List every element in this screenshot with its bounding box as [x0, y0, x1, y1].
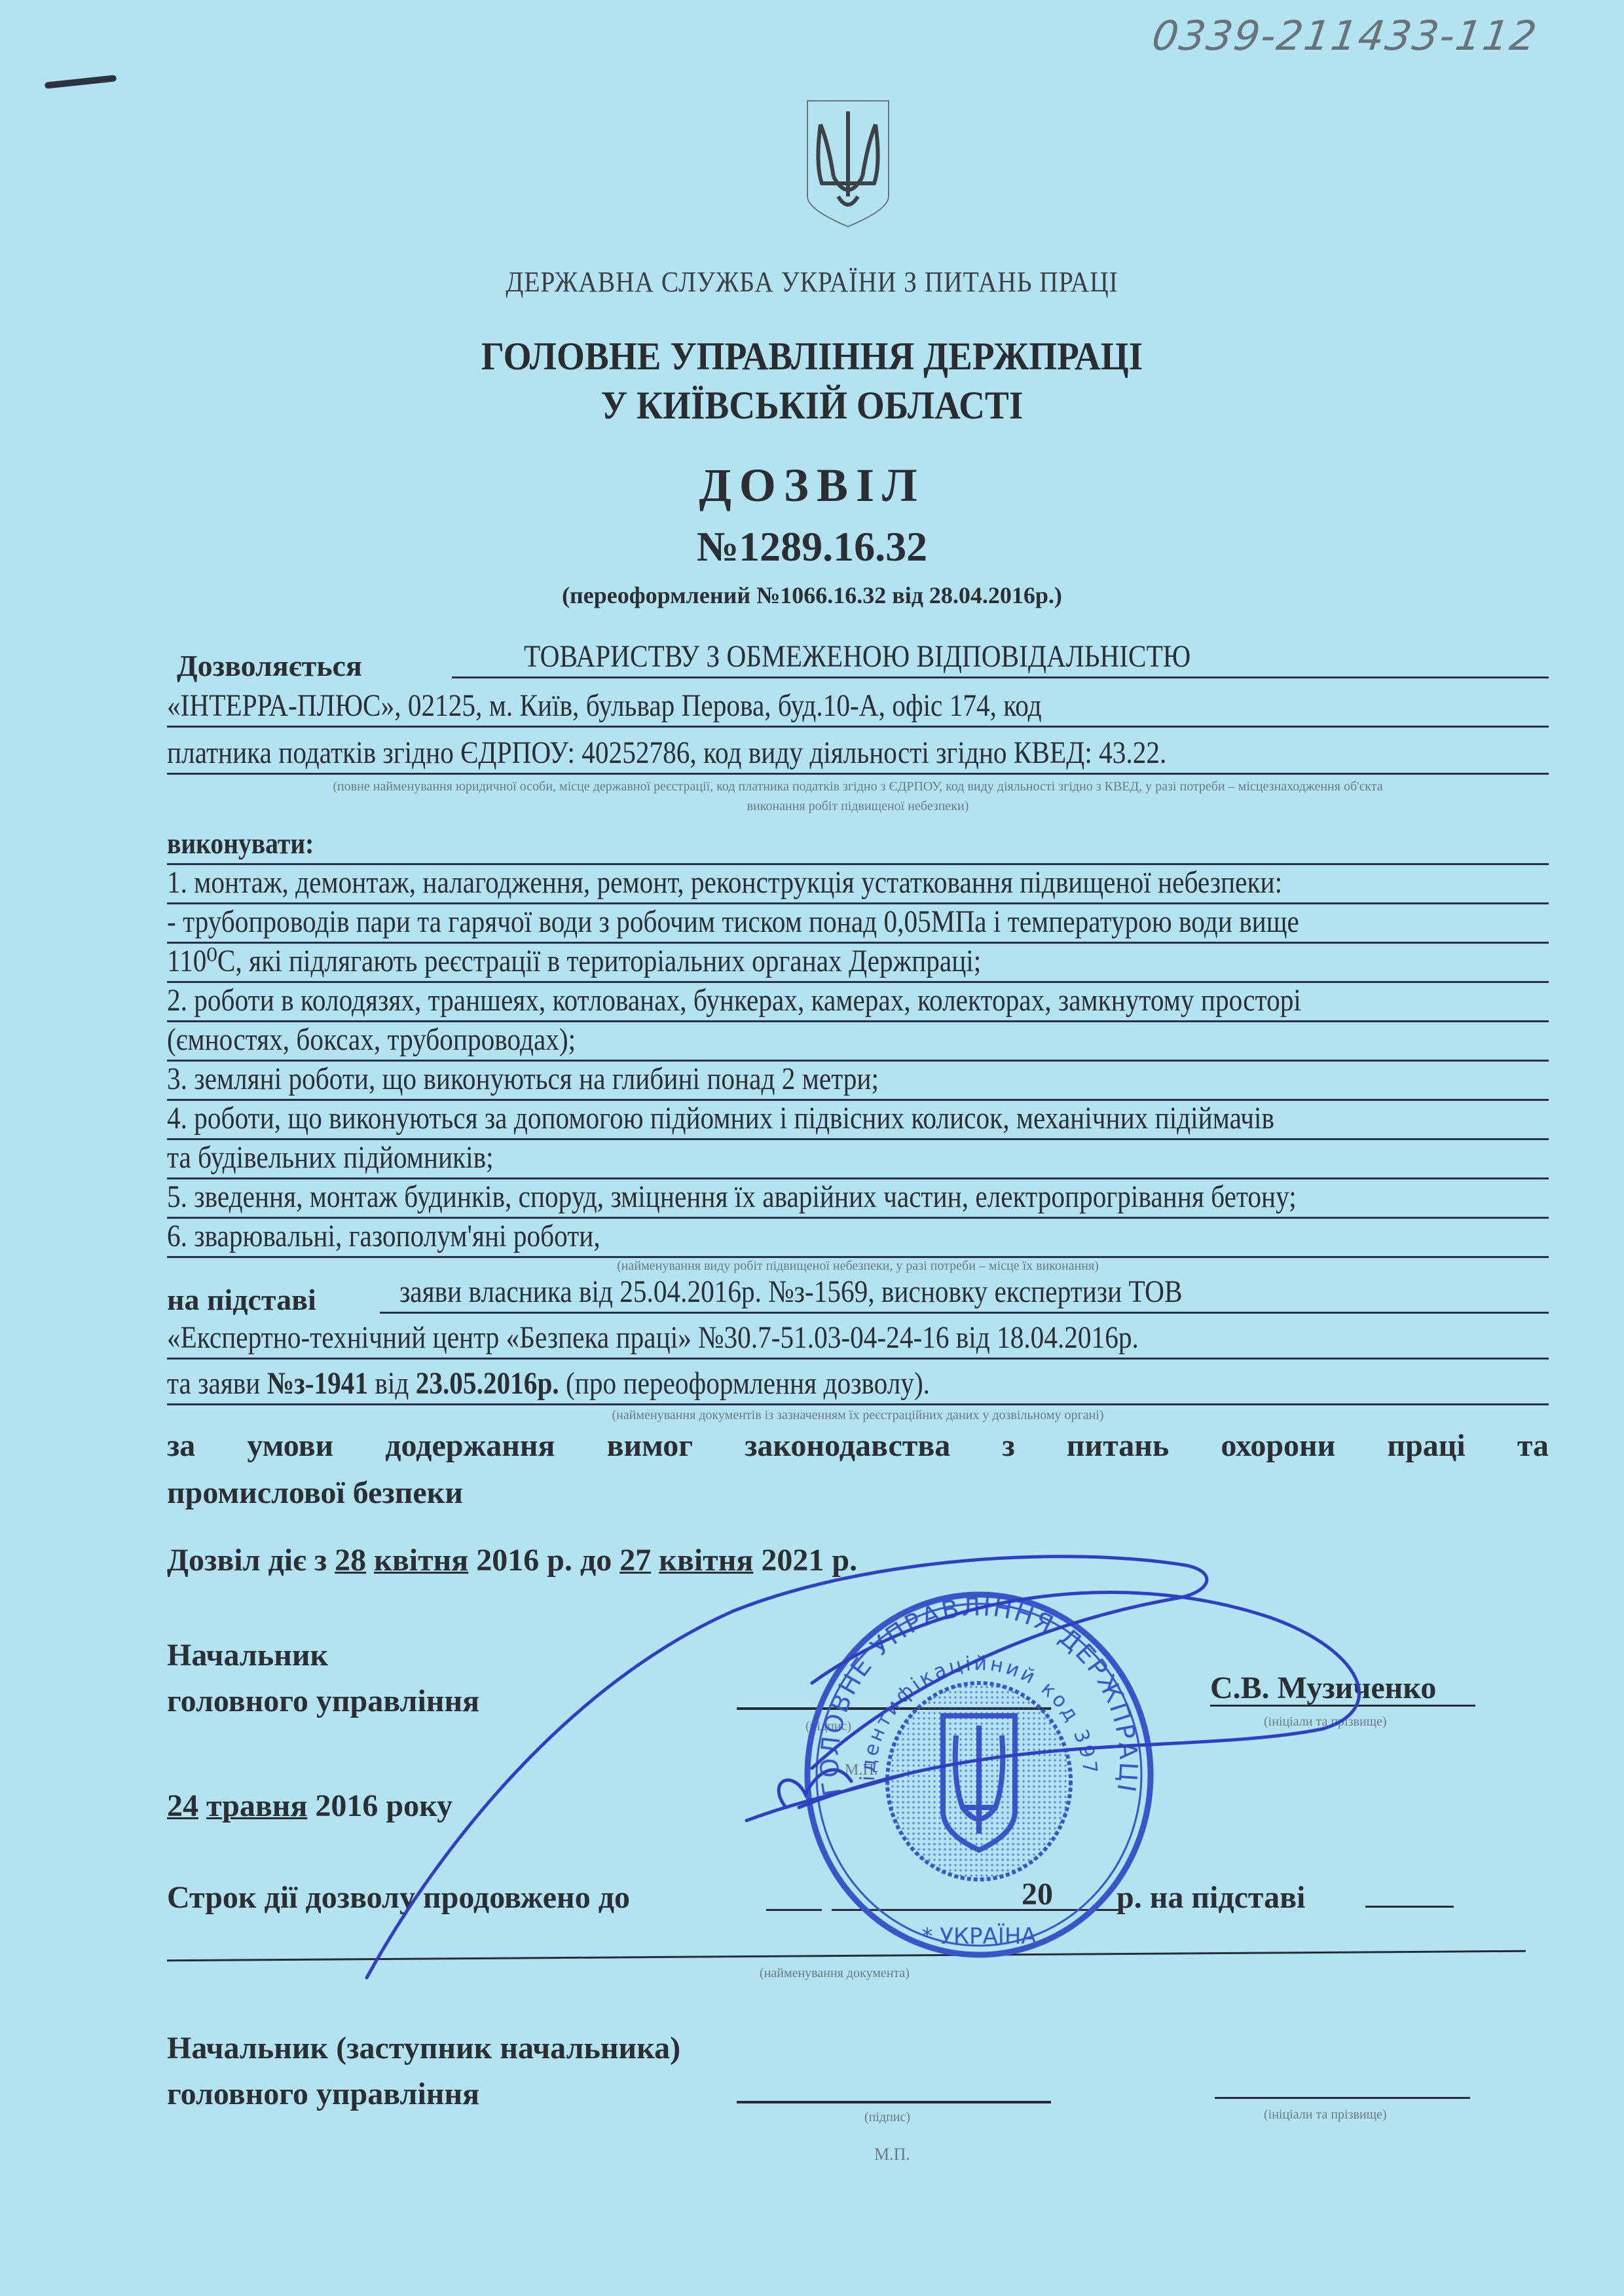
handwritten-signature: [341, 1519, 1454, 1991]
condition-line1: за умови додержання вимог законодавства …: [167, 1428, 1549, 1464]
reissued-note: (переоформлений №1066.16.32 від 28.04.20…: [0, 582, 1624, 609]
department-name-line1: ГОЛОВНЕ УПРАВЛІННЯ ДЕРЖПРАЦІ: [65, 334, 1559, 379]
basis-line: «Експертно-технічний центр «Безпека прац…: [167, 1320, 1549, 1360]
work-item: 2. роботи в колодязях, траншеях, котлова…: [167, 982, 1549, 1022]
grantee-hint: (повне найменування юридичної особи, міс…: [167, 779, 1549, 794]
second-name-hint: (ініціали та прізвище): [1264, 2107, 1387, 2122]
second-name-line: [1215, 2097, 1470, 2099]
grantee-line: ТОВАРИСТВУ З ОБМЕЖЕНОЮ ВІДПОВІДАЛЬНІСТЮ: [452, 639, 1549, 678]
grantee-line: платника податків згідно ЄДРПОУ: 4025278…: [167, 735, 1549, 775]
works-label-line: виконувати:: [167, 825, 1549, 865]
grantee-line: «ІНТЕРРА-ПЛЮС», 02125, м. Київ, бульвар …: [167, 688, 1549, 728]
handwritten-registry-number: 0339-211433-112: [1149, 12, 1541, 60]
condition-line2: промислової безпеки: [167, 1475, 463, 1511]
work-item: 5. зведення, монтаж будинків, споруд, зм…: [167, 1179, 1549, 1219]
trident-coat-of-arms-icon: [802, 98, 894, 229]
second-signature-line: [737, 2101, 1051, 2103]
basis-line: та заяви №з-1941 від 23.05.2016р. (про п…: [167, 1365, 1549, 1405]
work-item: 3. земляні роботи, що виконуються на гли…: [167, 1061, 1549, 1101]
second-signature-hint: (підпис): [864, 2110, 910, 2125]
document-number: №1289.16.32: [0, 523, 1624, 571]
second-stamp-place: М.П.: [874, 2145, 910, 2164]
department-name-line2: У КИЇВСЬКІЙ ОБЛАСТІ: [65, 383, 1559, 428]
pen-mark: [45, 75, 117, 88]
work-item: та будівельних підйомників;: [167, 1139, 1549, 1179]
work-item: 110⁰С, які підлягають реєстрації в терит…: [167, 943, 1549, 983]
document-title: ДОЗВІЛ: [0, 458, 1624, 513]
grantee-label: Дозволяється: [177, 648, 362, 683]
grantee-hint: виконання робіт підвищеної небезпеки): [167, 799, 1549, 814]
work-item: 1. монтаж, демонтаж, налагодження, ремон…: [167, 864, 1549, 904]
basis-hint: (найменування документів із зазначенням …: [167, 1408, 1549, 1423]
second-signatory-title-line2: головного управління: [167, 2076, 479, 2112]
work-item: 6. зварювальні, газополум'яні роботи,: [167, 1218, 1549, 1258]
basis-label: на підставі: [167, 1282, 316, 1317]
work-item: (ємностях, боксах, трубопроводах);: [167, 1022, 1549, 1062]
ministry-name: ДЕРЖАВНА СЛУЖБА УКРАЇНИ З ПИТАНЬ ПРАЦІ: [81, 265, 1543, 299]
second-signatory-title-line1: Начальник (заступник начальника): [167, 2030, 680, 2066]
work-item: 4. роботи, що виконуються за допомогою п…: [167, 1100, 1549, 1140]
works-hint: (найменування виду робіт підвищеної небе…: [167, 1259, 1549, 1274]
work-item: - трубопроводів пари та гарячої води з р…: [167, 904, 1549, 944]
basis-line: заяви власника від 25.04.2016р. №з-1569,…: [380, 1274, 1549, 1314]
signatory-title-line1: Начальник: [167, 1637, 328, 1673]
